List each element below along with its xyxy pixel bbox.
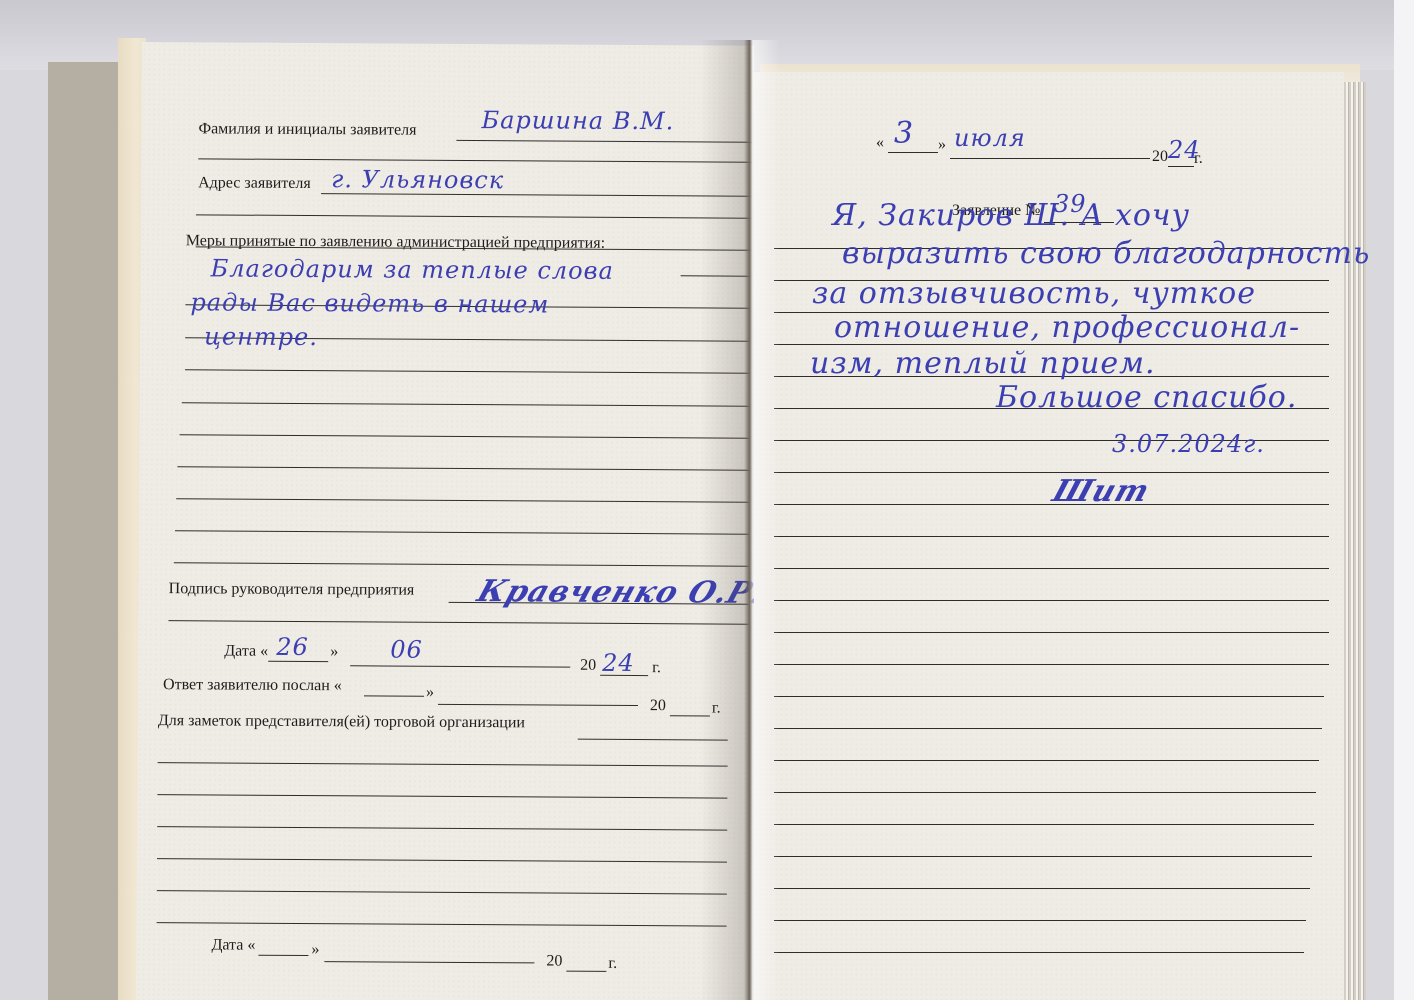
measures-line-3: центре. xyxy=(204,322,318,351)
header-date-year-suffix: г. xyxy=(1194,150,1203,168)
statement-line-4: отношение, профессионал- xyxy=(834,310,1300,345)
date-day: 26 xyxy=(276,633,309,661)
scanner-margin xyxy=(1394,0,1414,1000)
applicant-name-value: Баршина В.М. xyxy=(481,106,674,135)
header-date-close-quote: » xyxy=(938,136,946,154)
bottom-date-year-suffix: г. xyxy=(608,955,617,973)
statement-date: 3.07.2024г. xyxy=(1112,430,1265,458)
header-date-open-quote: « xyxy=(876,134,884,152)
manager-signature-label: Подпись руководителя предприятия xyxy=(169,580,415,600)
date-year-suffix: г. xyxy=(652,659,661,677)
statement-line-3: за отзывчивость, чуткое xyxy=(812,276,1256,311)
manager-signature: Кравченко О.Р. xyxy=(473,574,769,611)
reply-sent-year-suffix: г. xyxy=(712,699,721,717)
statement-line-6: Большое спасибо. xyxy=(996,380,1297,415)
bottom-date-label: Дата « xyxy=(211,936,255,954)
statement-line-1: Я, Закиров Ш. А хочу xyxy=(832,198,1190,233)
date-label: Дата « xyxy=(224,643,268,661)
date-year-prefix: 20 xyxy=(580,657,596,675)
left-page: Фамилия и инициалы заявителя Баршина В.М… xyxy=(136,42,754,1000)
date-close-quote: » xyxy=(330,643,338,661)
notebook-page-stack xyxy=(1344,82,1366,1000)
statement-line-2: выразить свою благодарность xyxy=(842,236,1370,271)
notebook-back-cover xyxy=(48,62,128,1000)
notes-label: Для заметок представителя(ей) торговой о… xyxy=(158,712,525,732)
bottom-date-year-prefix: 20 xyxy=(546,952,562,970)
measures-line-2: рады Вас видеть в нашем xyxy=(190,288,549,318)
applicant-address-value: г. Ульяновск xyxy=(331,165,504,194)
reply-sent-close-quote: » xyxy=(426,684,434,702)
date-year: 24 xyxy=(602,649,635,677)
header-date-day: 3 xyxy=(894,116,914,151)
measures-label: Меры принятые по заявлению администрацие… xyxy=(186,232,605,253)
reply-sent-label: Ответ заявителю послан « xyxy=(163,676,342,695)
measures-line-1: Благодарим за теплые слова xyxy=(211,254,614,284)
applicant-address-label: Адрес заявителя xyxy=(198,174,311,193)
reply-sent-year-prefix: 20 xyxy=(650,697,666,715)
bottom-date-close-quote: » xyxy=(311,941,319,959)
header-date-year-prefix: 20 xyxy=(1152,148,1168,166)
statement-line-5: изм, теплый прием. xyxy=(810,346,1156,381)
right-page: « 3 » июля 20 24 г. Заявление № 39 Я, За… xyxy=(754,72,1344,1000)
header-date-month: июля xyxy=(954,124,1026,152)
applicant-name-label: Фамилия и инициалы заявителя xyxy=(198,120,416,139)
date-month: 06 xyxy=(390,636,423,664)
applicant-signature: Шит xyxy=(1048,474,1154,509)
